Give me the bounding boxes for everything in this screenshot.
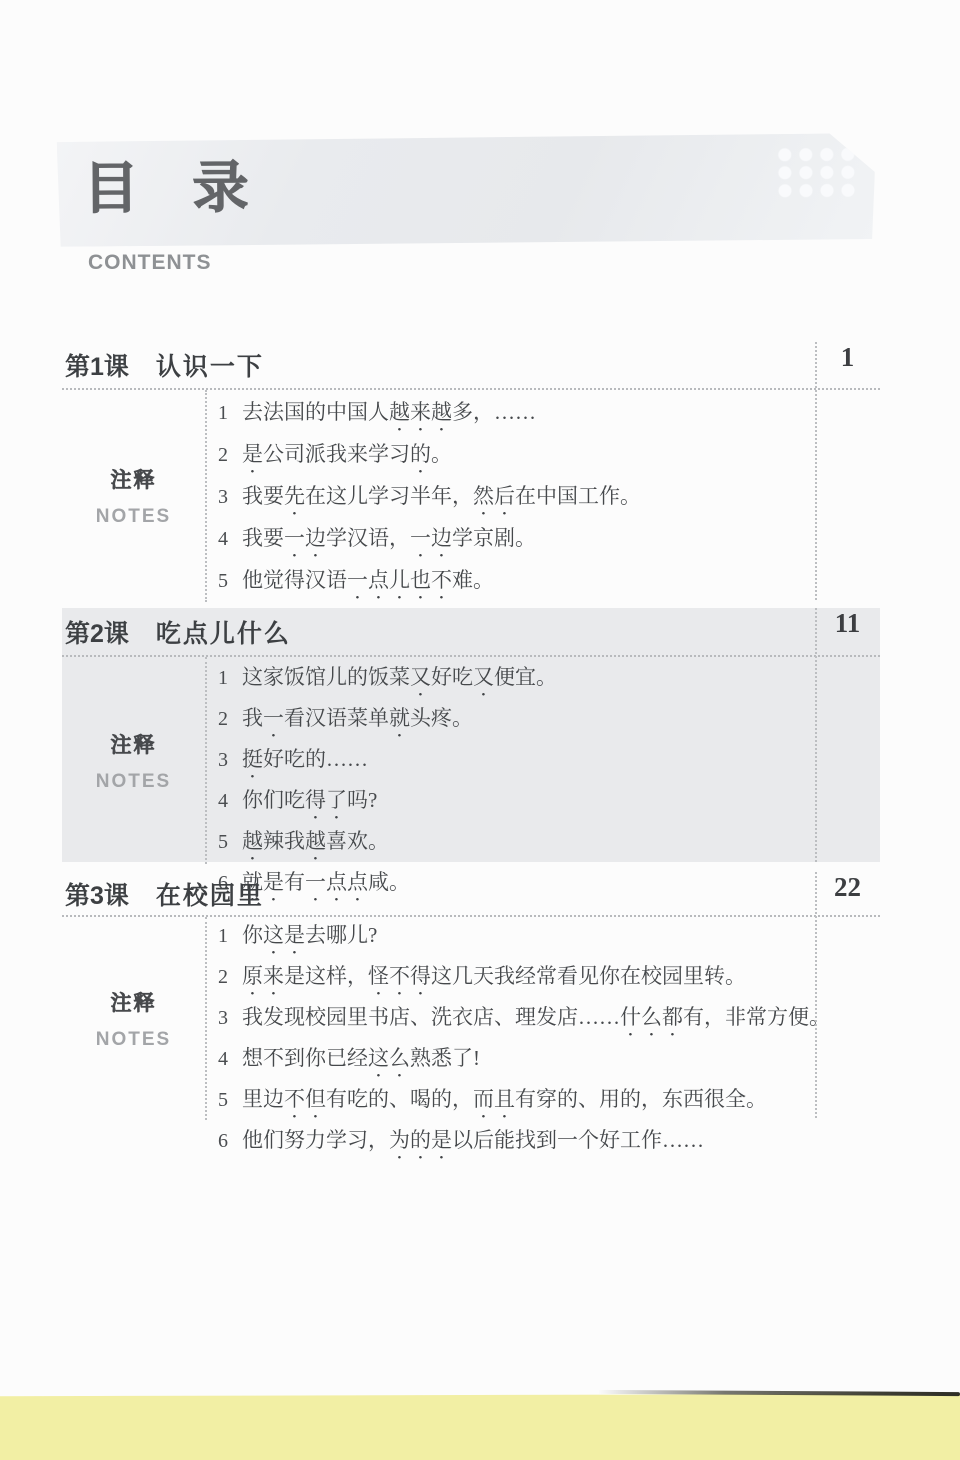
emphasized-text: 一 [263, 706, 284, 730]
toc-item-number: 6 [218, 1124, 239, 1158]
page-subtitle: CONTENTS [88, 251, 212, 275]
emphasized-text: 一边 [410, 526, 452, 550]
toc-item-text: 他们努力学习，为的是以后能找到一个好工作…… [242, 1128, 704, 1152]
toc-item-text: 越辣我越喜欢。 [242, 829, 389, 853]
toc-item: 1去法国的中国人越来越多，…… [218, 394, 880, 436]
toc-item-number: 4 [218, 1042, 239, 1076]
toc-item-text: 我发现校园里书店、洗衣店、理发店……什么都有，非常方便。 [242, 1005, 830, 1029]
toc-item: 5里边不但有吃的、喝的，而且有穿的、用的，东西很全。 [218, 1082, 880, 1123]
lesson-header: 第1课 认识一下 1 [62, 342, 880, 390]
lesson-body: 注释 NOTES 1去法国的中国人越来越多，……2是公司派我来学习的。3我要先在… [62, 390, 880, 602]
emphasized-text: 而且 [473, 1087, 515, 1111]
toc-item-text: 你们吃得了吗? [242, 788, 377, 812]
toc-item-text: 里边不但有吃的、喝的，而且有穿的、用的，东西很全。 [242, 1087, 767, 1111]
emphasized-text: 然后 [473, 484, 515, 508]
notes-label-en: NOTES [96, 506, 171, 528]
toc-item: 1这家饭馆儿的饭菜又好吃又便宜。 [218, 660, 880, 701]
emphasized-text: 不但 [284, 1087, 326, 1111]
toc-item-text: 这家饭馆儿的饭菜又好吃又便宜。 [242, 665, 557, 689]
lesson-body: 注释 NOTES 1这家饭馆儿的饭菜又好吃又便宜。2我一看汉语菜单就头疼。3挺好… [62, 657, 880, 864]
toc-item-text: 你这是去哪儿? [242, 923, 377, 947]
lesson-header: 第3课 在校园里 22 [62, 872, 880, 917]
lesson-section: 第3课 在校园里 22 注释 NOTES 1你这是去哪儿?2原来是这样，怪不得这… [62, 872, 880, 1118]
toc-item-number: 5 [218, 825, 239, 859]
emphasized-text: 越 [305, 829, 326, 853]
emphasized-text: 就 [389, 706, 410, 730]
dots-decoration-icon [775, 145, 857, 202]
notes-label: 注释 NOTES [62, 657, 205, 864]
emphasized-text: 原来 [242, 964, 284, 988]
lesson-items: 1你这是去哪儿?2原来是这样，怪不得这几天我经常看见你在校园里转。3我发现校园里… [205, 917, 880, 1120]
lesson-body: 注释 NOTES 1你这是去哪儿?2原来是这样，怪不得这几天我经常看见你在校园里… [62, 917, 880, 1120]
emphasized-text: 这是 [263, 923, 305, 947]
emphasized-text: 怪不得 [368, 964, 431, 988]
toc-item-number: 2 [218, 960, 239, 994]
toc-item-text: 我一看汉语菜单就头疼。 [242, 706, 473, 730]
notes-label-cn: 注释 [111, 464, 157, 494]
emphasized-text: 是 [242, 442, 263, 466]
notes-label-en: NOTES [96, 771, 171, 793]
toc-item: 4我要一边学汉语，一边学京剧。 [218, 520, 880, 562]
emphasized-text: 越 [242, 829, 263, 853]
toc-item-number: 3 [218, 479, 239, 515]
toc-item: 3我要先在这儿学习半年，然后在中国工作。 [218, 478, 880, 520]
emphasized-text: 越来越 [389, 400, 452, 424]
lesson-page-number: 1 [815, 342, 880, 373]
emphasized-text: 一点儿也不 [347, 568, 452, 592]
page-title: 目 录 [83, 159, 263, 216]
toc-item-number: 1 [218, 919, 239, 953]
toc-item: 2原来是这样，怪不得这几天我经常看见你在校园里转。 [218, 959, 880, 1000]
lesson-number: 第2课 [65, 614, 129, 650]
lesson-page-number: 11 [815, 608, 880, 639]
notes-label-cn: 注释 [111, 729, 157, 759]
emphasized-text: 先 [284, 484, 305, 508]
notes-label-en: NOTES [96, 1029, 171, 1051]
toc-item-number: 5 [218, 563, 239, 599]
toc-item: 6他们努力学习，为的是以后能找到一个好工作…… [218, 1123, 880, 1164]
notes-label: 注释 NOTES [62, 390, 205, 602]
toc-item: 4想不到你已经这么熟悉了! [218, 1041, 880, 1082]
scanned-page: 目 录 CONTENTS 第1课 认识一下 1 注释 NOTES 1去法国的中国… [0, 0, 960, 1460]
lesson-number: 第3课 [65, 876, 129, 912]
lesson-section: 第1课 认识一下 1 注释 NOTES 1去法国的中国人越来越多，……2是公司派… [62, 342, 880, 600]
toc-item-number: 4 [218, 784, 239, 818]
lesson-header: 第2课 吃点儿什么 11 [62, 608, 880, 657]
emphasized-text: 什么都 [620, 1005, 683, 1029]
lesson-section: 第2课 吃点儿什么 11 注释 NOTES 1这家饭馆儿的饭菜又好吃又便宜。2我… [62, 608, 880, 862]
lesson-title: 吃点儿什么 [156, 614, 291, 650]
toc-item-number: 4 [218, 521, 239, 557]
toc-item: 3挺好吃的…… [218, 742, 880, 783]
toc-item: 3我发现校园里书店、洗衣店、理发店……什么都有，非常方便。 [218, 1000, 880, 1041]
emphasized-text: 又 [473, 665, 494, 689]
toc-item-text: 原来是这样，怪不得这几天我经常看见你在校园里转。 [242, 964, 746, 988]
lesson-items: 1去法国的中国人越来越多，……2是公司派我来学习的。3我要先在这儿学习半年，然后… [205, 390, 880, 602]
toc-item: 5他觉得汉语一点儿也不难。 [218, 562, 880, 604]
toc-item: 2是公司派我来学习的。 [218, 436, 880, 478]
emphasized-text: 这么 [368, 1046, 410, 1070]
toc-item-text: 去法国的中国人越来越多，…… [242, 400, 536, 424]
toc-item-text: 我要一边学汉语，一边学京剧。 [242, 526, 536, 550]
lesson-title: 认识一下 [156, 347, 264, 383]
toc-item: 5越辣我越喜欢。 [218, 824, 880, 865]
lesson-page-number: 22 [815, 872, 880, 903]
lesson-number: 第1课 [65, 347, 129, 383]
emphasized-text: 为的是 [389, 1128, 452, 1152]
lesson-title: 在校园里 [156, 876, 264, 912]
notes-label-cn: 注释 [111, 987, 157, 1017]
toc-item-number: 2 [218, 437, 239, 473]
toc-item-text: 想不到你已经这么熟悉了! [242, 1046, 480, 1070]
toc-item-number: 2 [218, 702, 239, 736]
toc-item-number: 5 [218, 1083, 239, 1117]
toc-item-text: 我要先在这儿学习半年，然后在中国工作。 [242, 484, 641, 508]
emphasized-text: 得了 [305, 788, 347, 812]
toc-item-number: 3 [218, 1001, 239, 1035]
toc-item: 2我一看汉语菜单就头疼。 [218, 701, 880, 742]
emphasized-text: 又 [410, 665, 431, 689]
toc-item: 4你们吃得了吗? [218, 783, 880, 824]
toc-item-number: 1 [218, 661, 239, 695]
next-page-edge [0, 1394, 960, 1460]
emphasized-text: 的 [410, 442, 431, 466]
toc-item-text: 挺好吃的…… [242, 747, 368, 771]
emphasized-text: 挺 [242, 747, 263, 771]
emphasized-text: 一边 [284, 526, 326, 550]
toc-item-text: 他觉得汉语一点儿也不难。 [242, 568, 494, 592]
toc-item-number: 1 [218, 395, 239, 431]
toc-item: 1你这是去哪儿? [218, 918, 880, 959]
header-banner: 目 录 [57, 133, 876, 247]
toc-item-number: 3 [218, 743, 239, 777]
toc-item-text: 是公司派我来学习的。 [242, 442, 452, 466]
notes-label: 注释 NOTES [62, 917, 205, 1120]
lesson-items: 1这家饭馆儿的饭菜又好吃又便宜。2我一看汉语菜单就头疼。3挺好吃的……4你们吃得… [205, 657, 880, 864]
